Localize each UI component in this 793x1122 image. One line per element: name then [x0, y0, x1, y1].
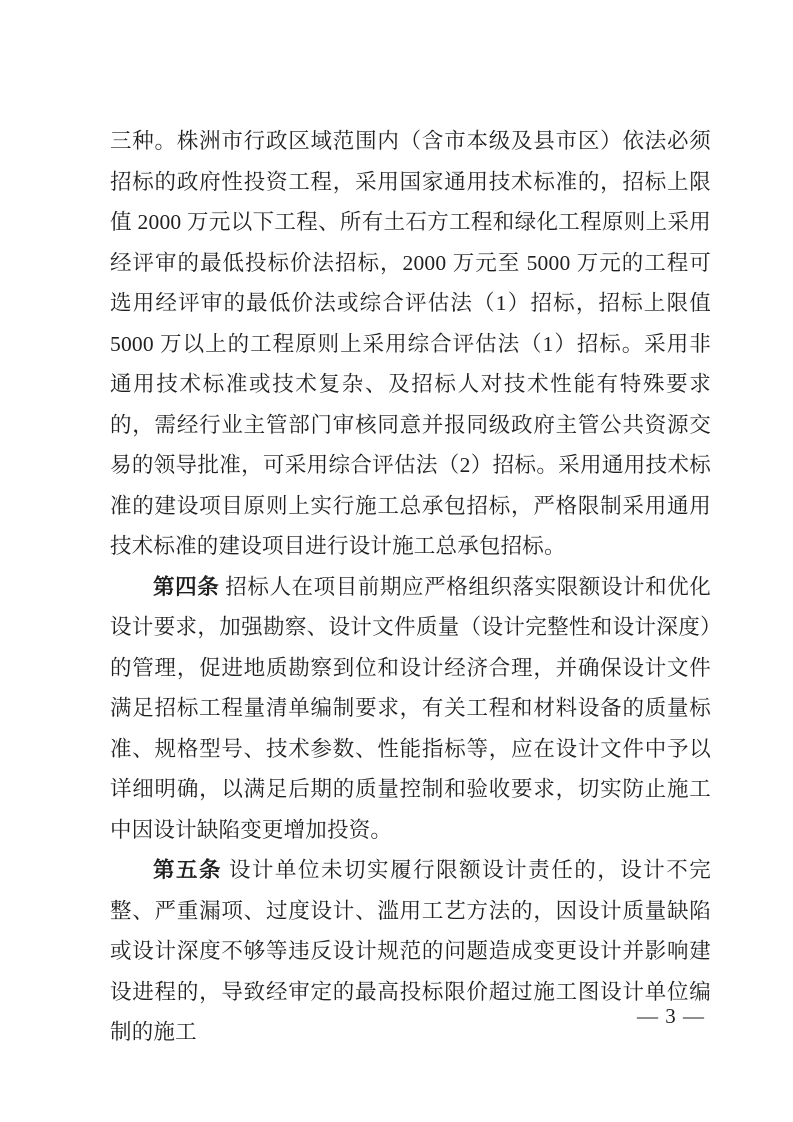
page-number-label: — 3 — — [637, 1004, 705, 1028]
paragraph-text: 三种。株洲市行政区域范围内（含市本级及县市区）依法必须招标的政府性投资工程，采用… — [110, 129, 711, 558]
page-number: — 3 — — [637, 1001, 705, 1031]
document-body: 三种。株洲市行政区域范围内（含市本级及县市区）依法必须招标的政府性投资工程，采用… — [110, 121, 711, 1053]
paragraph-text: 招标人在项目前期应严格组织落实限额设计和优化设计要求，加强勘察、设计文件质量（设… — [110, 575, 711, 842]
paragraph: 第五条 设计单位未切实履行限额设计责任的，设计不完整、严重漏项、过度设计、滥用工… — [110, 850, 711, 1053]
document-page: 三种。株洲市行政区域范围内（含市本级及县市区）依法必须招标的政府性投资工程，采用… — [0, 0, 793, 1122]
paragraph: 三种。株洲市行政区域范围内（含市本级及县市区）依法必须招标的政府性投资工程，采用… — [110, 121, 711, 567]
paragraph-text: 设计单位未切实履行限额设计责任的，设计不完整、严重漏项、过度设计、滥用工艺方法的… — [110, 858, 711, 1044]
paragraph: 第四条 招标人在项目前期应严格组织落实限额设计和优化设计要求，加强勘察、设计文件… — [110, 567, 711, 851]
article-number: 第五条 — [153, 858, 222, 882]
article-number: 第四条 — [153, 575, 219, 599]
